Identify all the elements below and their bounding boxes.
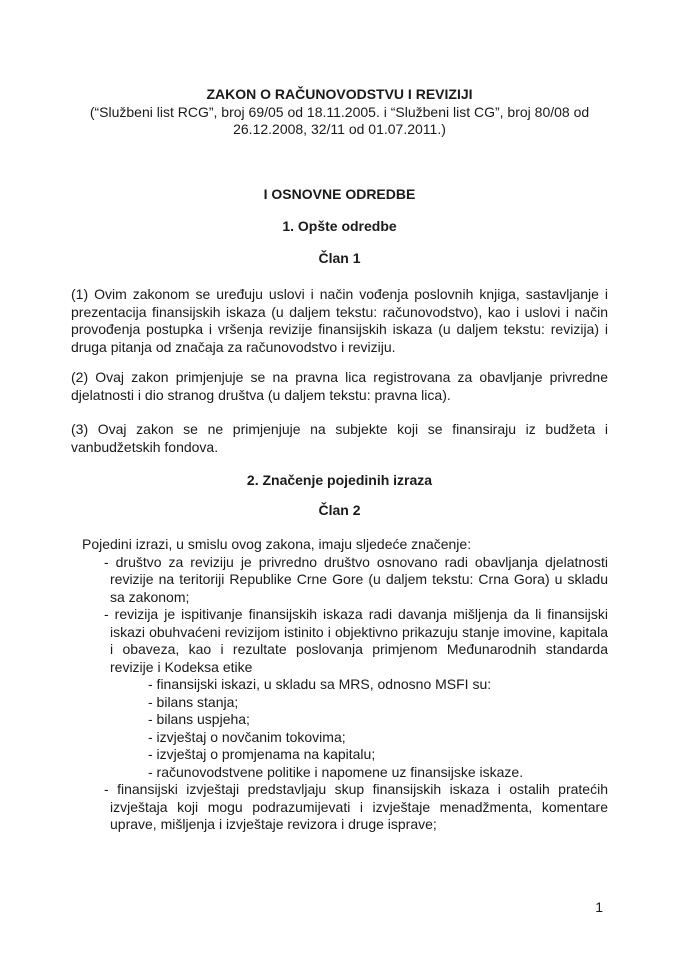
definitions-intro: Pojedini izrazi, u smislu ovog zakona, i… [71, 536, 608, 554]
document-subtitle-line-2: 26.12.2008, 32/11 od 01.07.2011.) [71, 121, 608, 139]
subsection-heading-opste-odredbe: 1. Opšte odredbe [71, 218, 608, 236]
definition-subitem-racunovodstvene-politike: - računovodstvene politike i napomene uz… [71, 764, 608, 782]
article-heading-clan-2: Član 2 [71, 502, 608, 520]
article1-paragraph-1: (1) Ovim zakonom se uređuju uslovi i nač… [71, 286, 608, 356]
article1-paragraph-3: (3) Ovaj zakon se ne primjenjuje na subj… [71, 421, 608, 456]
definition-subitem-finansijski-iskazi: - finansijski iskazi, u skladu sa MRS, o… [71, 676, 608, 694]
section-heading-osnovne-odredbe: I OSNOVNE ODREDBE [71, 186, 608, 204]
document-page: ZAKON O RAČUNOVODSTVU I REVIZIJI (“Služb… [0, 0, 679, 960]
article-heading-clan-1: Član 1 [71, 250, 608, 268]
definition-item-finansijski-izvjestaji: - finansijski izvještaji predstavljaju s… [71, 781, 608, 834]
definition-item-drustvo-za-reviziju: - društvo za reviziju je privredno društ… [71, 554, 608, 607]
page-number: 1 [595, 899, 603, 917]
document-title: ZAKON O RAČUNOVODSTVU I REVIZIJI [71, 86, 608, 104]
document-content: ZAKON O RAČUNOVODSTVU I REVIZIJI (“Služb… [0, 0, 679, 834]
definition-subitem-bilans-uspjeha: - bilans uspjeha; [71, 711, 608, 729]
definition-subitem-bilans-stanja: - bilans stanja; [71, 694, 608, 712]
definition-subitem-izvjestaj-promjene-kapital: - izvještaj o promjenama na kapitalu; [71, 746, 608, 764]
article1-paragraph-2: (2) Ovaj zakon primjenjuje se na pravna … [71, 369, 608, 404]
subsection-heading-znacenje-izraza: 2. Značenje pojedinih izraza [71, 472, 608, 490]
definition-item-revizija: - revizija je ispitivanje finansijskih i… [71, 606, 608, 676]
definitions-list: - društvo za reviziju je privredno društ… [71, 554, 608, 834]
definition-subitem-izvjestaj-novcani-tokovi: - izvještaj o novčanim tokovima; [71, 729, 608, 747]
document-subtitle-line-1: (“Službeni list RCG”, broj 69/05 od 18.1… [71, 104, 608, 122]
